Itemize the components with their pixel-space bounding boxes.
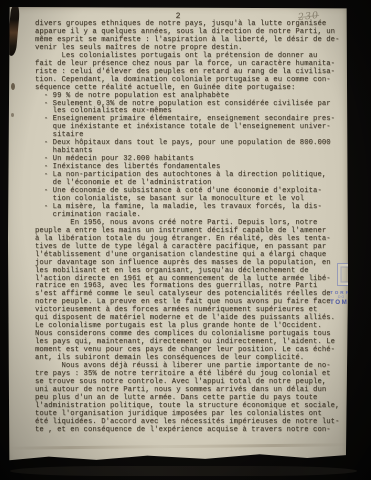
binding-clip-mark <box>8 7 20 56</box>
document-page: 2 230 divers groupes ethniques de notre … <box>8 7 348 470</box>
paper-speck <box>11 83 15 90</box>
paper-crease <box>8 443 348 450</box>
stamp-emblem-icon <box>337 263 348 286</box>
archive-stamp: TORRE DO TOMBO <box>330 263 348 306</box>
document-text: divers groupes ethniques de notre pays, … <box>35 21 340 435</box>
document-photo: 2 230 divers groupes ethniques de notre … <box>0 0 371 480</box>
stamp-text-line3: TOMBO <box>330 299 348 306</box>
paper-speck <box>11 113 14 117</box>
